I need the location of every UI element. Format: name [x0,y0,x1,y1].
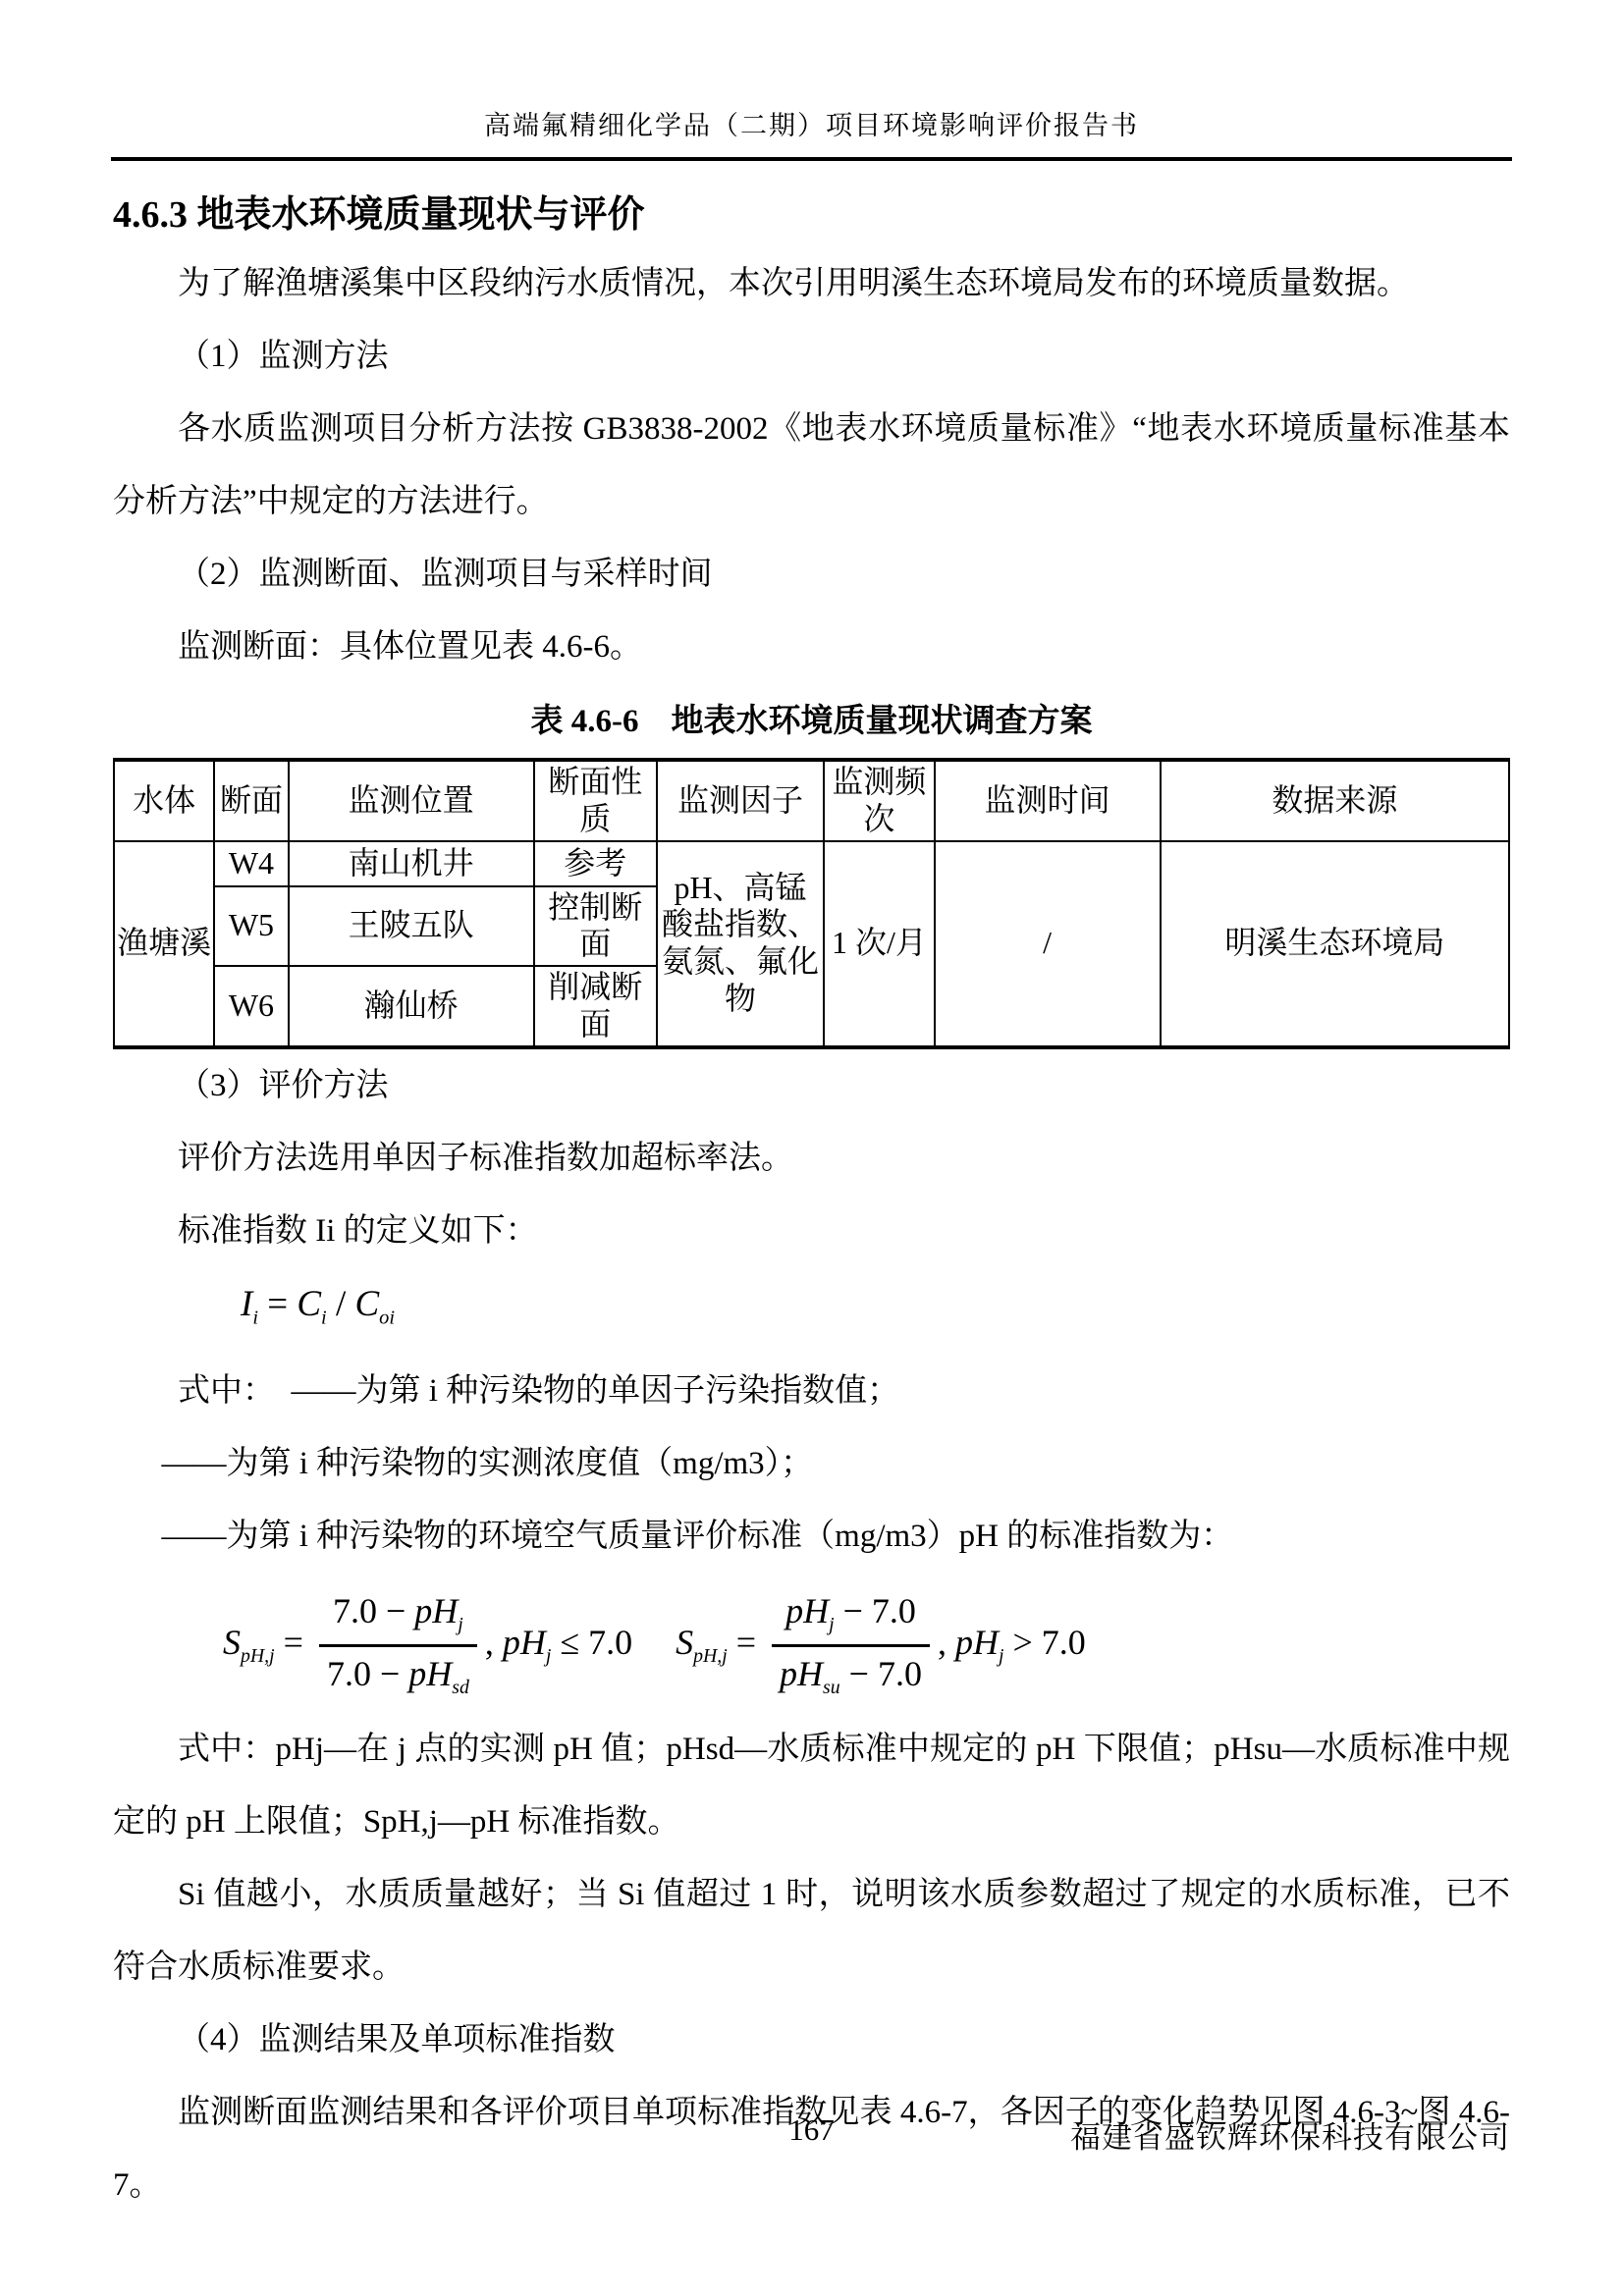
formula-sub: j [999,1645,1004,1667]
formula-text: , [938,1623,947,1662]
paragraph-ph-where: 式中：pHj—在 j 点的实测 pH 值；pHsd—水质标准中规定的 pH 下限… [113,1713,1510,1858]
fraction-numerator: pHj − 7.0 [772,1588,930,1647]
formula-var: pH [408,1654,452,1693]
paragraph-item1: （1）监测方法 [113,320,1510,393]
formula-condition: , pHj ≤ 7.0 [485,1622,632,1668]
header-title: 高端氟精细化学品（二期）项目环境影响评价报告书 [484,111,1139,140]
cell-location-w6: 瀚仙桥 [289,966,534,1047]
paragraph-where2: ——为第 i 种污染物的实测浓度值（mg/m3）； [113,1427,1510,1500]
formula-text: , [485,1623,494,1662]
paragraph-intro: 为了解渔塘溪集中区段纳污水质情况，本次引用明溪生态环境局发布的环境质量数据。 [113,247,1510,320]
header-cell-time: 监测时间 [935,760,1161,841]
formula-sub: oi [379,1307,395,1328]
paragraph-si-note: Si 值越小，水质质量越好；当 Si 值超过 1 时，说明该水质参数超过了规定的… [113,1858,1510,2003]
footer-company: 福建省盛钦辉环保科技有限公司 [1070,2112,1510,2157]
cell-location-w5: 王陂五队 [289,886,534,967]
survey-table: 水体 断面 监测位置 断面性质 监测因子 监测频次 监测时间 数据来源 渔塘溪 … [113,758,1510,1049]
cell-frequency: 1 次/月 [824,841,934,1047]
formula-text: − 7.0 [843,1591,916,1630]
formula-sub: i [321,1307,327,1328]
cell-nature-w4: 参考 [534,841,657,886]
formula-sub: sd [452,1677,469,1698]
formula-var: I [241,1284,252,1324]
header-cell-water-body: 水体 [114,760,214,841]
formula-sub: j [546,1645,552,1667]
formula-sub: j [829,1614,835,1635]
fraction-denominator: 7.0 − pHsd [313,1647,483,1701]
formula-sub: pH,j [241,1645,275,1667]
formula-text: ≤ 7.0 [560,1623,632,1662]
formula-sub: su [823,1677,840,1698]
table-header-row: 水体 断面 监测位置 断面性质 监测因子 监测频次 监测时间 数据来源 [114,760,1509,841]
header-cell-location: 监测位置 [289,760,534,841]
equals-sign: = [267,1284,288,1324]
formula-var: pH [414,1591,458,1630]
paragraph-index-def: 标准指数 Ii 的定义如下： [113,1195,1510,1267]
header-cell-frequency: 监测频次 [824,760,934,841]
paragraph-section-note: 监测断面：具体位置见表 4.6-6。 [113,611,1510,683]
formula-text: > 7.0 [1012,1623,1085,1662]
paragraph-item4: （4）监测结果及单项标准指数 [113,2003,1510,2076]
formula-var: S [223,1623,241,1662]
formula-lhs: SpH,j = [676,1622,756,1668]
fraction-denominator: pHsu − 7.0 [766,1647,936,1701]
table-caption: 表 4.6-6 地表水环境质量现状调查方案 [113,691,1510,752]
formula-text: − 7.0 [849,1654,922,1693]
paragraph-method: 各水质监测项目分析方法按 GB3838-2002《地表水环境质量标准》“地表水环… [113,393,1510,538]
fraction-numerator: 7.0 − pHj [319,1588,477,1647]
paragraph-item3: （3）评价方法 [113,1049,1510,1122]
header-cell-source: 数据来源 [1161,760,1509,841]
formula-var: C [354,1284,379,1324]
formula-var: pH [503,1623,546,1662]
divide-sign: / [336,1284,346,1324]
formula-var: pH [785,1591,829,1630]
cell-section-w5: W5 [214,886,288,967]
formula-text: 7.0 − [333,1591,406,1630]
formula-standard-index: Ii = Ci / Coi [113,1267,1510,1355]
cell-location-w4: 南山机井 [289,841,534,886]
formula-ph-low: SpH,j = 7.0 − pHj 7.0 − pHsd , pHj ≤ 7.0 [223,1588,632,1701]
paragraph-item2: （2）监测断面、监测项目与采样时间 [113,538,1510,611]
equals-sign: = [736,1623,756,1662]
equals-sign: = [284,1623,303,1662]
fraction: pHj − 7.0 pHsu − 7.0 [766,1588,936,1701]
formula-var: pH [955,1623,999,1662]
formula-sub: i [252,1307,258,1328]
formula-var: C [297,1284,321,1324]
formula-condition: , pHj > 7.0 [938,1622,1086,1668]
cell-section-w4: W4 [214,841,288,886]
formula-text: 7.0 − [327,1654,400,1693]
page-header: 高端氟精细化学品（二期）项目环境影响评价报告书 [111,104,1512,161]
page-footer: 167 福建省盛钦辉环保科技有限公司 [113,2112,1510,2154]
cell-nature-w6: 削减断面 [534,966,657,1047]
cell-section-w6: W6 [214,966,288,1047]
section-heading: 4.6.3 地表水环境质量现状与评价 [113,190,1510,240]
formula-ph-index-row: SpH,j = 7.0 − pHj 7.0 − pHsd , pHj ≤ 7.0… [113,1588,1510,1701]
paragraph-where1: 式中： ——为第 i 种污染物的单因子污染指数值； [113,1355,1510,1427]
formula-sub: j [458,1614,463,1635]
page-content: 4.6.3 地表水环境质量现状与评价 为了解渔塘溪集中区段纳污水质情况，本次引用… [113,190,1510,2221]
cell-factors: pH、高锰酸盐指数、氨氮、氟化物 [657,841,825,1047]
cell-nature-w5: 控制断面 [534,886,657,967]
cell-source: 明溪生态环境局 [1161,841,1509,1047]
formula-sub: pH,j [693,1645,728,1667]
header-cell-nature: 断面性质 [534,760,657,841]
table-row: 渔塘溪 W4 南山机井 参考 pH、高锰酸盐指数、氨氮、氟化物 1 次/月 / … [114,841,1509,886]
paragraph-eval-method: 评价方法选用单因子标准指数加超标率法。 [113,1122,1510,1195]
cell-water-body: 渔塘溪 [114,841,214,1047]
document-page: 高端氟精细化学品（二期）项目环境影响评价报告书 4.6.3 地表水环境质量现状与… [0,0,1623,2296]
fraction: 7.0 − pHj 7.0 − pHsd [313,1588,483,1701]
formula-var: pH [780,1654,823,1693]
formula-ph-high: SpH,j = pHj − 7.0 pHsu − 7.0 , pHj > 7.0 [676,1588,1086,1701]
formula-var: S [676,1623,693,1662]
cell-time: / [935,841,1161,1047]
header-cell-factors: 监测因子 [657,760,825,841]
formula-lhs: SpH,j = [223,1622,303,1668]
paragraph-where3: ——为第 i 种污染物的环境空气质量评价标准（mg/m3）pH 的标准指数为： [113,1500,1510,1573]
header-cell-section: 断面 [214,760,288,841]
